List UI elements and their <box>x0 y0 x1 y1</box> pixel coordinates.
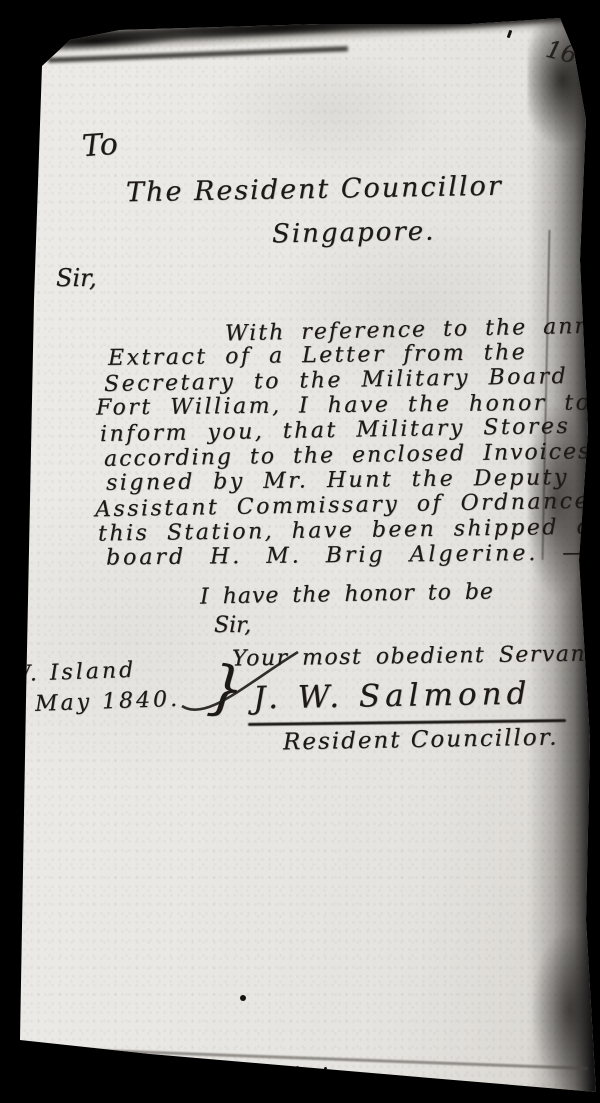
greeting: Sir, <box>56 264 97 292</box>
page-fold-line <box>16 1046 588 1069</box>
valediction-sir: Sir, <box>214 613 251 638</box>
scan-background: 16 To The Resident Councillor Singapore.… <box>0 0 600 1103</box>
ink-speck <box>296 1066 299 1069</box>
ink-speck <box>240 995 246 1001</box>
addressee-name: The Resident Councillor <box>126 171 503 209</box>
addressee-place: Singapore. <box>272 217 436 250</box>
salutation-to: To <box>81 127 119 164</box>
signature-title: Resident Councillor. <box>283 725 559 756</box>
dateline-place: W. Island <box>8 658 137 687</box>
signature: J. W. Salmond <box>253 676 532 717</box>
body-line: board H. M. Brig Algerine. — <box>106 540 588 570</box>
valediction-honor: I have the honor to be <box>200 579 494 609</box>
manuscript-page: 16 To The Resident Councillor Singapore.… <box>0 0 600 1103</box>
ink-speck <box>324 1067 327 1070</box>
dateline-date: th May 1840. <box>0 687 180 718</box>
